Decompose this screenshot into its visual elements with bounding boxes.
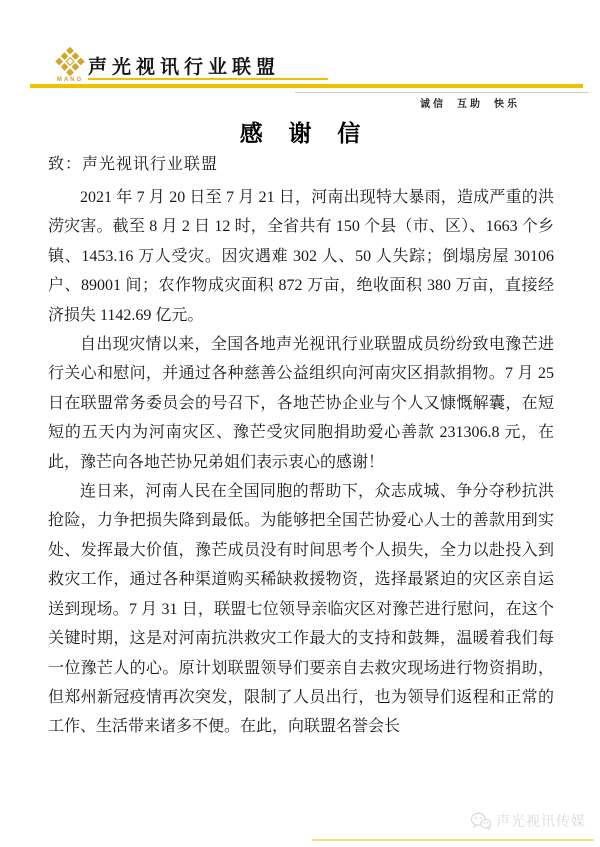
logo-wordmark: MANG (49, 77, 91, 83)
letter-page: MANG 声光视讯行业联盟 诚信 互助 快乐 感 谢 信 致：声光视讯行业联盟 … (0, 0, 600, 847)
org-name: 声光视讯行业联盟 (88, 52, 280, 79)
org-underline-divider (88, 78, 328, 80)
brand-logo: MANG (49, 46, 91, 83)
paragraph-disaster-summary: 2021 年 7 月 20 日至 7 月 21 日，河南出现特大暴雨，造成严重的… (48, 183, 554, 330)
header-gold-rule (30, 84, 583, 88)
footer-gold-rule (312, 839, 594, 841)
header-gray-rule (295, 92, 588, 93)
letter-title: 感 谢 信 (0, 115, 600, 148)
letter-body: 2021 年 7 月 20 日至 7 月 21 日，河南出现特大暴雨，造成严重的… (48, 183, 554, 742)
wechat-icon (470, 812, 492, 830)
paragraph-donations: 自出现灾情以来，全国各地声光视讯行业联盟成员纷纷致电豫芒进行关心和慰问，并通过各… (48, 330, 554, 477)
diamond-lattice-logo-icon (53, 46, 87, 77)
paragraph-relief-efforts: 连日来，河南人民在全国同胞的帮助下，众志成城、争分夺秒抗洪抢险，力争把损失降到最… (48, 477, 554, 742)
salutation: 致：声光视讯行业联盟 (48, 151, 218, 174)
footer-brand-bar: 声光视讯传媒 (470, 811, 586, 831)
header-motto: 诚信 互助 快乐 (420, 95, 520, 110)
footer-brand-name: 声光视讯传媒 (496, 811, 586, 831)
